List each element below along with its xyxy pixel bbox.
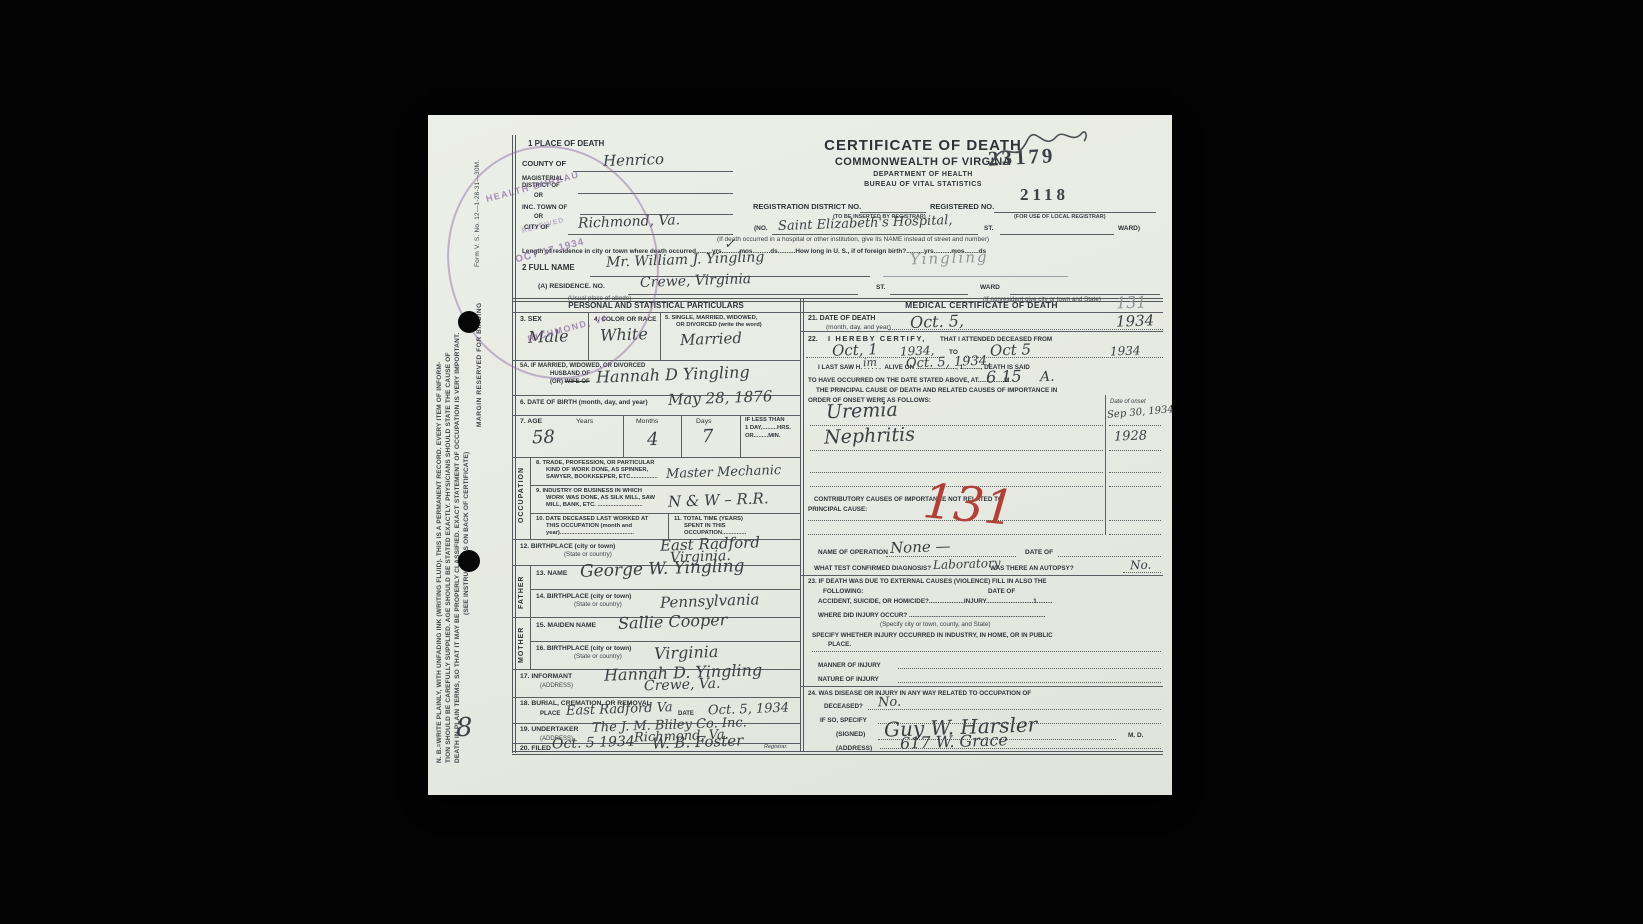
one-day-label: 1 DAY,.........HRS. bbox=[745, 425, 791, 432]
field11-line1: 11. TOTAL TIME (YEARS) bbox=[674, 516, 743, 523]
burial-place-label: PLACE bbox=[540, 711, 560, 718]
certificate-sheet: N. B.=WRITE PLAINLY, WITH UNFADING INK (… bbox=[428, 115, 1172, 795]
field9-line2: WORK WAS DONE, AS SILK MILL, SAW bbox=[546, 495, 655, 502]
pencil-annotation-131: 131 bbox=[1116, 292, 1147, 312]
onset-box-label: Date of onset bbox=[1110, 399, 1146, 406]
filed-date-value: Oct. 5 1934 bbox=[552, 734, 635, 753]
where-injury-label: WHERE DID INJURY OCCUR? ................… bbox=[818, 612, 1045, 619]
informant-address-label: (ADDRESS) bbox=[540, 683, 573, 690]
street-label: ST. bbox=[984, 225, 993, 232]
md-label: M. D. bbox=[1128, 732, 1144, 739]
ward-label: WARD) bbox=[1118, 225, 1140, 232]
department-line: DEPARTMENT OF HEALTH bbox=[758, 171, 1088, 179]
local-registrar-note: (FOR USE OF LOCAL REGISTRAR) bbox=[1014, 214, 1106, 220]
hospital-no-label: (NO. bbox=[754, 225, 768, 232]
signed-label: (SIGNED) bbox=[836, 731, 865, 738]
field15-label: 15. MAIDEN NAME bbox=[536, 622, 596, 630]
occurred-line: TO HAVE OCCURRED ON THE DATE STATED ABOV… bbox=[808, 377, 1011, 384]
field23-line1: 23. IF DEATH WAS DUE TO EXTERNAL CAUSES … bbox=[808, 578, 1047, 585]
autopsy-value: No. bbox=[1130, 558, 1152, 573]
age-days-value: 7 bbox=[702, 426, 714, 447]
registered-no-label: REGISTERED NO. bbox=[930, 203, 994, 212]
field16-sub: (State or country) bbox=[574, 653, 622, 660]
address-label: (ADDRESS) bbox=[836, 745, 872, 752]
field8-line2: KIND OF WORK DONE, AS SPINNER, bbox=[546, 467, 648, 474]
if-less-label: IF LESS THAN bbox=[745, 417, 785, 424]
physician-address-value: 617 W. Grace bbox=[900, 730, 1008, 753]
mother-maiden-name-value: Sallie Cooper bbox=[618, 610, 728, 633]
age-label: 7. AGE bbox=[520, 418, 542, 426]
years-label: Years bbox=[576, 418, 593, 426]
margin-note-line1: N. B.=WRITE PLAINLY, WITH UNFADING INK (… bbox=[436, 362, 443, 763]
field23-following: FOLLOWING: bbox=[823, 588, 864, 595]
cause-of-death-1: Uremia bbox=[826, 399, 898, 423]
time-of-death-value: 6 15 bbox=[986, 366, 1022, 386]
trade-value: Master Mechanic bbox=[666, 463, 782, 482]
last-saw-him-handwritten: im bbox=[863, 356, 877, 369]
field11-line2: SPENT IN THIS bbox=[684, 523, 726, 530]
test-label: WHAT TEST CONFIRMED DIAGNOSIS? bbox=[814, 565, 931, 572]
field14-sub: (State or country) bbox=[574, 601, 622, 608]
dob-value: May 28, 1876 bbox=[668, 387, 773, 409]
punch-hole-top bbox=[458, 311, 480, 333]
field8-line1: 8. TRADE, PROFESSION, OR PARTICULAR bbox=[536, 460, 654, 467]
mother-side-label: MOTHER bbox=[518, 627, 525, 663]
nature-of-injury-label: NATURE OF INJURY bbox=[818, 676, 879, 683]
father-name-value: George W. Yingling bbox=[580, 556, 745, 582]
manner-of-injury-label: MANNER OF INJURY bbox=[818, 662, 881, 669]
punch-hole-bottom bbox=[458, 550, 480, 572]
marital-value: Married bbox=[680, 329, 743, 349]
specify-line1: SPECIFY WHETHER INJURY OCCURRED IN INDUS… bbox=[812, 632, 1053, 639]
industry-value: N & W – R.R. bbox=[668, 489, 769, 510]
field9-line1: 9. INDUSTRY OR BUSINESS IN WHICH bbox=[536, 488, 642, 495]
father-birthplace-value: Pennsylvania bbox=[660, 590, 760, 611]
field8-line3: SAWYER, BOOKKEEPER, ETC................. bbox=[546, 474, 658, 481]
cause1-onset-date: Sep 30, 1934 bbox=[1107, 404, 1175, 421]
handwritten-scrawl-icon bbox=[984, 125, 1094, 171]
age-years-value: 58 bbox=[532, 427, 556, 449]
margin-note-line3: DEATH IN PLAIN TERMS, SO THAT IT MAY BE … bbox=[454, 333, 461, 764]
marital-label-2: OR DIVORCED (write the word) bbox=[676, 322, 762, 329]
operation-label: NAME OF OPERATION bbox=[818, 549, 888, 556]
field14-label: 14. BIRTHPLACE (city or town) bbox=[536, 593, 631, 600]
contributory-line2: PRINCIPAL CAUSE: bbox=[808, 506, 867, 513]
ward2-label: WARD bbox=[980, 284, 1000, 291]
time-am-handwritten: A. bbox=[1040, 369, 1055, 385]
last-saw-date-value: Oct. 5, 1934, bbox=[906, 354, 992, 372]
days-label: Days bbox=[696, 418, 712, 426]
hospital-value: Saint Elizabeth's Hospital, bbox=[778, 213, 953, 234]
age-months-value: 4 bbox=[647, 429, 659, 450]
registration-district-label: REGISTRATION DISTRICT NO. bbox=[753, 203, 861, 212]
mother-birthplace-value: Virginia bbox=[654, 642, 719, 663]
certify-number: 22. bbox=[808, 336, 818, 344]
field24-deceased-label: DECEASED? bbox=[824, 703, 863, 710]
autopsy-label: WAS THERE AN AUTOPSY? bbox=[990, 565, 1074, 572]
field10-line1: 10. DATE DECEASED LAST WORKED AT bbox=[536, 516, 648, 523]
date-of-death-label: 21. DATE OF DEATH bbox=[808, 315, 875, 323]
field16-label: 16. BIRTHPLACE (city or town) bbox=[536, 645, 631, 652]
full-name-pencil-duplicate: Yingling bbox=[910, 248, 989, 269]
registrar-signature: W. B. Foster bbox=[652, 731, 744, 752]
occupation-side-label: OCCUPATION bbox=[518, 467, 525, 523]
field10-line3: year)...................................… bbox=[546, 530, 634, 537]
dob-label: 6. DATE OF BIRTH (month, day, and year) bbox=[520, 399, 648, 406]
date-of-death-year: 1934 bbox=[1116, 311, 1155, 330]
informant-address-value: Crewe, Va. bbox=[644, 676, 721, 695]
operation-value: None — bbox=[890, 537, 951, 557]
registrar-caption: Registrar. bbox=[764, 744, 788, 750]
operation-date-label: DATE OF bbox=[1025, 549, 1053, 556]
field24-line1: 24. WAS DISEASE OR INJURY IN ANY WAY REL… bbox=[808, 690, 1031, 697]
principal-cause-line1: THE PRINCIPAL CAUSE OF DEATH AND RELATED… bbox=[816, 387, 1057, 394]
margin-note-line2: TION SHOULD BE CAREFULLY SUPPLIED. AGE S… bbox=[445, 352, 452, 763]
filed-label: 20. FILED bbox=[520, 745, 551, 753]
field9-line3: MILL, BANK, ETC. .......................… bbox=[546, 502, 643, 509]
informant-label: 17. INFORMANT bbox=[520, 673, 572, 681]
where-injury-sub: (Specify city or town, county, and State… bbox=[880, 621, 990, 628]
field13-label: 13. NAME bbox=[536, 570, 567, 578]
red-annotation-131: 131 bbox=[921, 473, 1017, 537]
if-so-specify-label: IF SO, SPECIFY bbox=[820, 717, 867, 724]
or-min-label: OR.........MIN. bbox=[745, 433, 780, 440]
cause2-onset-date: 1928 bbox=[1114, 428, 1148, 444]
father-side-label: FATHER bbox=[518, 576, 525, 609]
field23-line3: ACCIDENT, SUICIDE, OR HOMICIDE?.........… bbox=[818, 598, 1053, 605]
field12-sub: (State or country) bbox=[564, 551, 612, 558]
marital-label-1: 5. SINGLE, MARRIED, WIDOWED, bbox=[665, 315, 757, 322]
scanned-death-certificate-on-black: N. B.=WRITE PLAINLY, WITH UNFADING INK (… bbox=[0, 0, 1643, 924]
margin-page-number: 8 bbox=[455, 713, 473, 744]
specify-line2: PLACE. bbox=[828, 641, 851, 648]
field10-line2: THIS OCCUPATION (month and bbox=[546, 523, 632, 530]
field12-label: 12. BIRTHPLACE (city or town) bbox=[520, 543, 615, 550]
registered-number-stamp: 2118 bbox=[1020, 185, 1069, 205]
burial-place-value: East Radford Va bbox=[566, 700, 673, 719]
street2-label: ST. bbox=[876, 284, 885, 291]
cause-of-death-2: Nephritis bbox=[824, 423, 916, 448]
medical-section-title: MEDICAL CERTIFICATE OF DEATH bbox=[800, 301, 1163, 311]
months-label: Months bbox=[636, 418, 658, 426]
undertaker-label: 19. UNDERTAKER bbox=[520, 726, 578, 734]
margin-note-line4: (SEE INSTRUCTIONS ON BACK OF CERTIFICATE… bbox=[463, 452, 470, 615]
field23-date-of: DATE OF bbox=[988, 588, 1015, 595]
